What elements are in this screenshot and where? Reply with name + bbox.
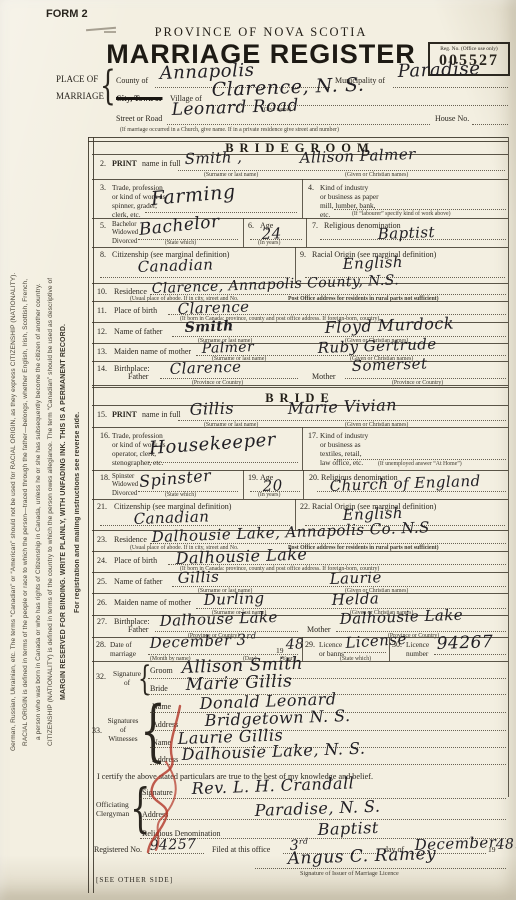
- row14-father-label: Father: [128, 372, 148, 381]
- groom-surname: Smith ,: [184, 148, 242, 168]
- row29-sublabel: (State which): [340, 656, 371, 662]
- row2-label: name in full: [142, 159, 181, 168]
- bride-mother-birthplace: Dalhousie Lake: [339, 606, 463, 628]
- row6-number: 6.: [248, 221, 254, 230]
- row28-label: Date of marriage: [110, 640, 136, 658]
- row4-sublabel: (If “labourer” specify kind of work abov…: [352, 211, 451, 217]
- row27-father-label: Father: [128, 625, 148, 634]
- bride-father-surname: Gillis: [177, 568, 219, 587]
- place-of-label: PLACE OF: [56, 74, 98, 84]
- row21-number: 21.: [97, 502, 107, 511]
- row6-sublabel: (In years): [258, 240, 280, 246]
- row27-number: 27.: [97, 617, 107, 626]
- groom-religion-value: Baptist: [377, 223, 435, 243]
- county-label: County of: [116, 76, 148, 85]
- row5-label: Bachelor Widowed Divorced: [112, 221, 138, 246]
- groom-father-birthplace: Clarence: [169, 358, 241, 378]
- left-double-border: [88, 137, 94, 893]
- margin-note-racial-1: RACIAL ORIGIN is defined in terms of the…: [22, 138, 34, 886]
- row18-sublabel: (State which): [165, 492, 196, 498]
- row13-label: Maiden name of mother: [114, 347, 191, 356]
- row2-number: 2.: [100, 159, 106, 168]
- margin-note-racial-2: German, Russian, Ukrainian, etc. The ter…: [10, 138, 21, 886]
- row14-mother-label: Mother: [312, 372, 336, 381]
- bride-father-birthplace: Dalhouse Lake: [159, 608, 278, 630]
- place-brace: {: [100, 66, 116, 106]
- row17-label: Kind of industry or business as textiles…: [320, 431, 368, 467]
- row26-number: 26.: [97, 598, 107, 607]
- row15-sub-given: (Given or Christian names): [345, 422, 408, 428]
- village-label-struck: City, Town or: [116, 94, 162, 103]
- row15-label: name in full: [142, 410, 181, 419]
- row29-number: 29.: [305, 640, 315, 649]
- registered-no-label: Registered No.: [94, 845, 142, 854]
- groom-given: Allison Palmer: [299, 145, 416, 167]
- row17-number: 17.: [308, 431, 318, 440]
- row14-sub-1: (Province or Country): [192, 380, 243, 386]
- row20-number: 20.: [309, 473, 319, 482]
- margin-note-registration: For registration and mailing instruction…: [74, 138, 87, 886]
- see-other-side: [SEE OTHER SIDE]: [96, 876, 173, 884]
- row14-sub-2: (Province or Country): [392, 380, 443, 386]
- form-number: FORM 2: [46, 8, 88, 20]
- row14-number: 14.: [97, 364, 107, 373]
- row23-sub-b: Post Office address for residents in rur…: [288, 545, 439, 551]
- row13-number: 13.: [97, 347, 107, 356]
- register-title: MARRIAGE REGISTER: [88, 39, 434, 70]
- row15-print: PRINT: [112, 410, 137, 419]
- row5-number: 5.: [100, 221, 106, 230]
- margin-notes: German, Russian, Ukrainian, etc. The ter…: [10, 138, 87, 886]
- right-border: [508, 137, 509, 797]
- row12-label: Name of father: [114, 327, 162, 336]
- row18-number: 18.: [100, 473, 110, 482]
- row24-number: 24.: [97, 556, 107, 565]
- clergy-address: Paradise, N. S.: [254, 797, 380, 820]
- row28-number: 28.: [96, 640, 106, 649]
- bride-mother-surname: Durling: [203, 589, 264, 609]
- row11-number: 11.: [97, 306, 107, 315]
- clergy-label: Officiating Clergyman: [96, 800, 129, 819]
- street-value: Leonard Road: [171, 96, 299, 120]
- row7-number: 7.: [312, 221, 318, 230]
- filed-day-ordinal: rd: [299, 837, 309, 846]
- row19-number: 19.: [248, 473, 258, 482]
- row5-sublabel: (State which): [165, 240, 196, 246]
- row3-number: 3.: [100, 183, 106, 192]
- row25-label: Name of father: [114, 577, 162, 586]
- row2-print: PRINT: [112, 159, 137, 168]
- year-written: 48: [285, 636, 304, 653]
- row33-number: 33.: [92, 726, 102, 735]
- row10-number: 10.: [97, 287, 107, 296]
- row22-number: 22.: [300, 502, 310, 511]
- clergy-denomination: Baptist: [317, 818, 379, 839]
- marriage-register-scan: German, Russian, Ukrainian, etc. The ter…: [0, 0, 516, 900]
- row27-mother-label: Mother: [307, 625, 331, 634]
- row30-number: 30.: [392, 640, 402, 649]
- municipality-value: Paradise: [397, 58, 481, 82]
- row24-label: Place of birth: [114, 556, 157, 565]
- row11-label: Place of birth: [114, 306, 157, 315]
- issuer-signature: Angus C. Ramey: [287, 844, 436, 869]
- issuer-signature-label: Signature of Issuer of Marriage Licence: [300, 870, 399, 877]
- footer-year-written: 48.: [495, 836, 516, 853]
- row25-number: 25.: [97, 577, 107, 586]
- licence-number-value: 94267: [436, 632, 493, 654]
- red-pen-mark: [136, 700, 208, 860]
- row2-sub-surname: (Surname or last name): [204, 172, 258, 178]
- marriage-date-ordinal: rd: [246, 630, 256, 640]
- groom-racial-value: English: [342, 253, 403, 273]
- row8-number: 8.: [100, 250, 106, 259]
- bride-mother-given: Helda: [331, 589, 379, 609]
- row4-number: 4.: [308, 183, 314, 192]
- row9-number: 9.: [300, 250, 306, 259]
- row10-label: Residence: [114, 287, 147, 296]
- row15-number: 15.: [97, 410, 107, 419]
- row30-label: Licence number: [406, 640, 429, 658]
- row19-sublabel: (In years): [258, 492, 280, 498]
- row17-sublabel: (If unemployed answer “At Home”): [378, 461, 462, 467]
- province-title: PROVINCE OF NOVA SCOTIA: [88, 25, 434, 40]
- bride-given: Marie Vivian: [287, 395, 397, 418]
- row23-number: 23.: [97, 535, 107, 544]
- groom-father-given: Floyd Murdock: [324, 313, 454, 337]
- margin-note-binding: MARGIN RESERVED FOR BINDING. WRITE PLAIN…: [60, 138, 73, 886]
- groom-sig-label: Groom: [150, 666, 173, 675]
- margin-note-citizenship-1: CITIZENSHIP (NATIONALITY) is defined in …: [47, 138, 59, 886]
- row18-label: Spinster Widowed Divorced: [112, 473, 138, 498]
- church-note: (If marriage occurred in a Church, give …: [120, 127, 339, 133]
- marriage-date-value: December 3rd: [149, 630, 257, 652]
- footer-year-printed: 19: [488, 845, 496, 854]
- row16-number: 16.: [100, 431, 110, 440]
- bride-trade-value: Housekeeper: [149, 429, 277, 459]
- row26-label: Maiden name of mother: [114, 598, 191, 607]
- marriage-label: MARRIAGE: [56, 91, 104, 101]
- row23-label: Residence: [114, 535, 147, 544]
- filed-label: Filed at this office: [212, 845, 270, 854]
- groom-mother-birthplace: Somerset: [351, 354, 427, 375]
- row15-sub-surname: (Surname or last name): [204, 422, 258, 428]
- groom-father-surname: Smith: [184, 318, 234, 336]
- margin-note-citizenship-2: a person who was born in Canada or who h…: [35, 138, 46, 886]
- groom-citizenship-value: Canadian: [137, 255, 213, 276]
- row32-number: 32.: [96, 672, 106, 681]
- row12-number: 12.: [97, 327, 107, 336]
- house-no-label: House No.: [435, 114, 469, 123]
- street-label: Street or Road: [116, 114, 162, 123]
- bride-surname: Gillis: [189, 398, 234, 419]
- row2-sub-given: (Given or Christian names): [345, 172, 408, 178]
- row10-sub-b: Post Office address for residents in rur…: [288, 296, 439, 302]
